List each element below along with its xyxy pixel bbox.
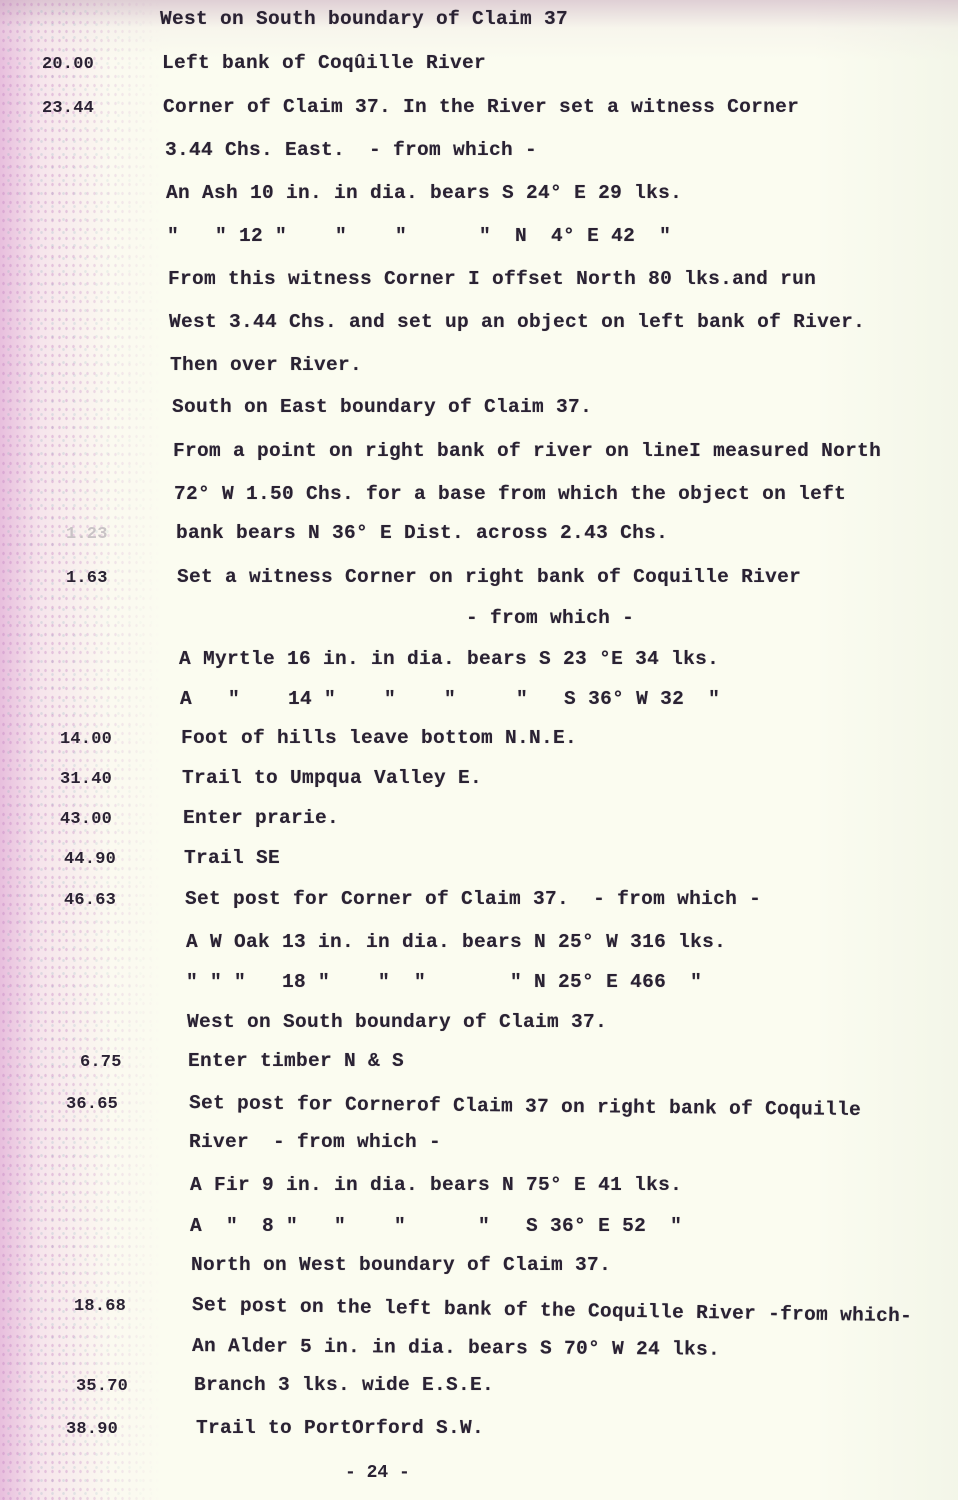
entry-text: West on South boundary of Claim 37	[160, 8, 568, 30]
entry-text: Trail SE	[184, 847, 280, 869]
entry-text: " " 12 " " " " N 4° E 42 "	[167, 225, 671, 247]
station-distance: 46.63	[64, 890, 116, 912]
entry-text: A W Oak 13 in. in dia. bears N 25° W 316…	[186, 931, 726, 953]
entry-text: From this witness Corner I offset North …	[168, 268, 816, 290]
station-distance: 1.63	[66, 568, 108, 590]
entry-text: 3.44 Chs. East. - from which -	[165, 139, 537, 161]
entry-text: A " 14 " " " " S 36° W 32 "	[180, 688, 720, 710]
entry-text: A " 8 " " " " S 36° E 52 "	[190, 1215, 682, 1237]
entry-text: West on South boundary of Claim 37.	[187, 1011, 607, 1033]
entry-text: Set post for Cornerof Claim 37 on right …	[189, 1092, 861, 1121]
station-distance: 20.00	[42, 54, 94, 76]
entry-text: - from which -	[178, 607, 634, 629]
entry-text: Set post on the left bank of the Coquill…	[192, 1294, 912, 1327]
entry-text: River - from which -	[189, 1131, 441, 1153]
station-distance: 6.75	[80, 1052, 122, 1074]
entry-text: South on East boundary of Claim 37.	[172, 396, 592, 418]
station-distance: 43.00	[60, 809, 112, 831]
entry-text: Left bank of Coqûille River	[162, 52, 486, 74]
entry-text: An Ash 10 in. in dia. bears S 24° E 29 l…	[166, 182, 682, 204]
faint-station-distance: 1.23	[66, 524, 108, 546]
entry-text: Enter prarie.	[183, 807, 339, 829]
entry-text: bank bears N 36° E Dist. across 2.43 Chs…	[176, 522, 668, 544]
entry-text: A Myrtle 16 in. in dia. bears S 23 °E 34…	[179, 648, 719, 670]
entry-text: Set post for Corner of Claim 37. - from …	[185, 888, 761, 910]
station-distance: 35.70	[76, 1376, 128, 1398]
entry-text: Then over River.	[170, 354, 362, 376]
entry-text: West 3.44 Chs. and set up an object on l…	[169, 311, 865, 333]
entry-text: Trail to PortOrford S.W.	[196, 1417, 484, 1439]
document-page: West on South boundary of Claim 37Left b…	[0, 0, 958, 1500]
station-distance: 36.65	[66, 1094, 118, 1116]
entry-text: Set a witness Corner on right bank of Co…	[177, 566, 801, 588]
entry-text: An Alder 5 in. in dia. bears S 70° W 24 …	[192, 1335, 720, 1361]
entry-text: Corner of Claim 37. In the River set a w…	[163, 96, 799, 118]
entry-text: North on West boundary of Claim 37.	[191, 1254, 611, 1276]
entry-text: Branch 3 lks. wide E.S.E.	[194, 1374, 494, 1396]
station-distance: 23.44	[42, 98, 94, 120]
entry-text: Foot of hills leave bottom N.N.E.	[181, 727, 577, 749]
entry-text: From a point on right bank of river on l…	[173, 440, 881, 462]
entry-text: Trail to Umpqua Valley E.	[182, 767, 482, 789]
station-distance: 38.90	[66, 1419, 118, 1441]
entry-text: " " " 18 " " " " N 25° E 466 "	[186, 971, 702, 993]
entry-text: A Fir 9 in. in dia. bears N 75° E 41 lks…	[190, 1174, 682, 1196]
station-distance: 18.68	[74, 1296, 126, 1318]
station-distance: 31.40	[60, 769, 112, 791]
entry-text: 72° W 1.50 Chs. for a base from which th…	[174, 483, 846, 505]
entry-text: Enter timber N & S	[188, 1050, 404, 1072]
page-number: - 24 -	[345, 1462, 410, 1484]
station-distance: 44.90	[64, 849, 116, 871]
station-distance: 14.00	[60, 729, 112, 751]
